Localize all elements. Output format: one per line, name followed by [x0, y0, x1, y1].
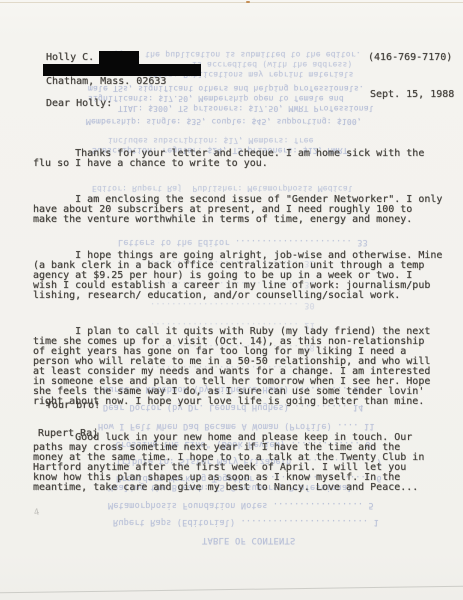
phone-number: (416-769-7170) — [368, 53, 452, 63]
redaction-box-address — [43, 64, 201, 76]
paragraph-4: I plan to call it quits with Ruby (my la… — [33, 327, 457, 407]
bleed-through-line: TABLE OF CONTENTS — [202, 535, 295, 545]
paragraph-2: I am enclosing the second issue of "Gend… — [33, 195, 457, 225]
redaction-box-surname — [99, 51, 139, 64]
letter-page: copy of the publication is submitted to … — [0, 0, 463, 600]
letter-body: Thanks for your letter and cheque. I am … — [33, 129, 457, 519]
scan-speck — [246, 1, 250, 3]
scan-edge-line-bottom — [0, 586, 463, 594]
paragraph-3: I hope things are going alright, job-wis… — [33, 251, 457, 301]
city-line: Chatham, Mass. 02633 — [46, 77, 166, 87]
bleed-through-line: is accredited (with the address) — [192, 60, 353, 69]
closing-line: Your bro! — [46, 401, 100, 411]
signature-name: Rupert Raj — [38, 429, 98, 439]
bleed-through-line: TIAL: $300, TS prisoners: $17.50, MWRT P… — [118, 104, 374, 113]
salutation: Dear Holly: — [46, 99, 112, 109]
bleed-through-line: significants: $17.50, Membership open to… — [88, 94, 344, 103]
recipient-name: Holly C. — [46, 53, 94, 63]
scan-edge-line-top — [0, 2, 463, 3]
paragraph-5: Good luck in your new home and please ke… — [33, 433, 457, 493]
date-line: Sept. 15, 1988 — [370, 90, 454, 100]
bleed-through-line: copy of the publication is submitted to … — [105, 50, 361, 59]
bleed-through-line: Membership: single: $35, couple: $45, su… — [86, 117, 362, 126]
paragraph-1: Thanks for your letter and cheque. I am … — [33, 149, 457, 169]
